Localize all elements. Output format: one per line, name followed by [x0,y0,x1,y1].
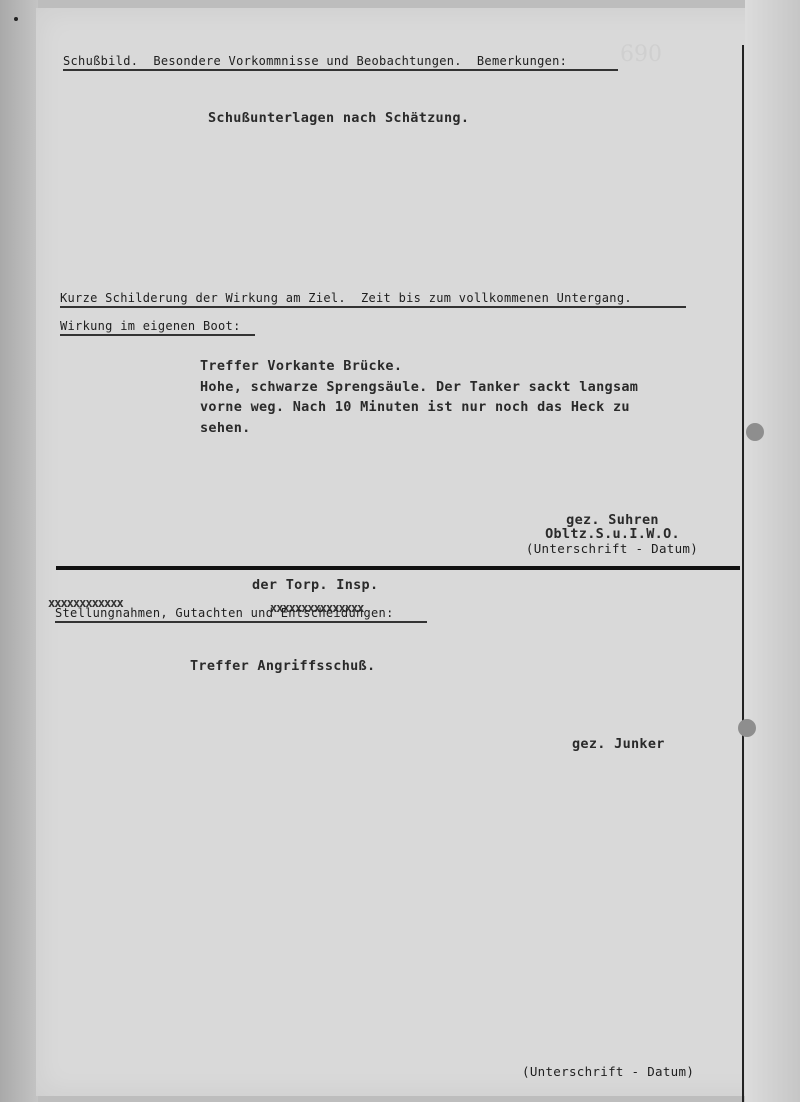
signature-caption: (Unterschrift - Datum) [518,543,706,556]
section2-text-line: sehen. [200,422,251,436]
punch-hole [746,423,764,441]
torp-insp-label: der Torp. Insp. [252,579,378,593]
header-vorkommnisse: Besondere Vorkommnisse und Beobachtungen… [153,54,462,68]
signature-rank: Obltz.S.u.I.W.O. [520,528,705,542]
section3-text: Treffer Angriffsschuß. [190,660,375,674]
section3-header: Stellungnahmen, Gutachten und Entscheidu… [55,607,427,623]
scan-speck [14,17,18,21]
punch-hole [738,719,756,737]
section2-text-line: Hohe, schwarze Sprengsäule. Der Tanker s… [200,381,638,395]
bottom-signature-caption: (Unterschrift - Datum) [522,1066,694,1079]
header-schussbild: Schußbild. [63,54,138,68]
section2-subheader: Wirkung im eigenen Boot: [60,320,255,336]
section1-text: Schußunterlagen nach Schätzung. [208,112,469,126]
header-bemerkungen: Bemerkungen: [477,54,567,68]
section2-text-line: vorne weg. Nach 10 Minuten ist nur noch … [200,401,630,415]
scan-edge-left [0,0,38,1102]
section1-header: Schußbild. Besondere Vorkommnisse und Be… [63,55,618,71]
scan-edge-right [745,0,800,1102]
section2-header: Kurze Schilderung der Wirkung am Ziel. Z… [60,292,686,308]
section2-text-line: Treffer Vorkante Brücke. [200,360,402,374]
form-right-border [742,45,744,1102]
section-divider [56,566,740,570]
signature-junker: gez. Junker [572,738,665,752]
faint-page-number: 690 [620,42,662,67]
